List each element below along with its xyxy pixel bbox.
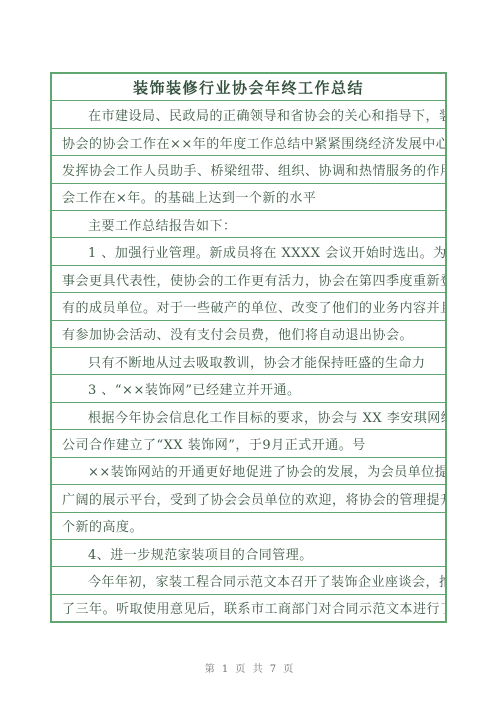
table-row: 1 、加强行业管理。新成员将在 XXXX 会议开始时选出。为了使新的理 [52,238,445,265]
page-footer: 第 1 页 共 7 页 [0,660,500,675]
row-text: 在市建设局、民政局的正确领导和省协会的关心和指导下，装饰行业 [62,105,445,124]
table-row: 公司合作建立了“XX 装饰网”，于9月正式开通。号 [52,430,445,457]
table-row: 有参加协会活动、没有支付会员费，他们将自动退出协会。 [52,321,445,348]
row-text: 发挥协会工作人员助手、桥梁纽带、组织、协调和热情服务的作用，使协 [62,160,445,179]
table-row: 今年年初，家装工程合同示范文本召开了装饰企业座谈会，推广使用 [52,567,445,594]
row-text: 有参加协会活动、没有支付会员费，他们将自动退出协会。 [62,324,413,343]
table-row: 事会更具代表性，使协会的工作更有活力，协会在第四季度重新登记了现 [52,266,445,293]
row-text: 会工作在×年。的基础上达到一个新的水平 [62,187,316,206]
row-text: 了三年。听取使用意见后，联系市工商部门对合同示范文本进行了适当修 [62,598,445,617]
table-row: ××装饰网站的开通更好地促进了协会的发展，为会员单位提供了更 [52,458,445,485]
document-title-row: 装饰装修行业协会年终工作总结 [52,74,445,101]
table-row: 有的成员单位。对于一些破产的单位、改变了他们的业务内容并且长期没 [52,293,445,320]
row-text: 有的成员单位。对于一些破产的单位、改变了他们的业务内容并且长期没 [62,297,445,316]
document-page: 装饰装修行业协会年终工作总结在市建设局、民政局的正确领导和省协会的关心和指导下，… [0,0,500,708]
content-table: 装饰装修行业协会年终工作总结在市建设局、民政局的正确领导和省协会的关心和指导下，… [50,72,447,623]
row-text: ××装饰网站的开通更好地促进了协会的发展，为会员单位提供了更 [62,461,445,480]
table-row: 在市建设局、民政局的正确领导和省协会的关心和指导下，装饰行业 [52,101,445,128]
table-row: 协会的协会工作在××年的年度工作总结中紧紧围绕经济发展中心，充分 [52,129,445,156]
table-row: 广阔的展示平台，受到了协会会员单位的欢迎，将协会的管理提升到了一 [52,485,445,512]
row-text: 今年年初，家装工程合同示范文本召开了装饰企业座谈会，推广使用 [62,571,445,590]
table-row: 根据今年协会信息化工作目标的要求，协会与 XX 李安琪网络技术有限 [52,403,445,430]
row-text: 事会更具代表性，使协会的工作更有活力，协会在第四季度重新登记了现 [62,270,445,289]
row-text: 4、进一步规范家装项目的合同管理。 [62,544,313,563]
row-text: 1 、加强行业管理。新成员将在 XXXX 会议开始时选出。为了使新的理 [62,242,445,261]
table-row: 个新的高度。 [52,513,445,540]
document-title: 装饰装修行业协会年终工作总结 [133,77,364,98]
row-text: 个新的高度。 [62,516,143,535]
table-row: 只有不断地从过去吸取教训，协会才能保持旺盛的生命力 [52,348,445,375]
row-text: 广阔的展示平台，受到了协会会员单位的欢迎，将协会的管理提升到了一 [62,489,445,508]
table-row: 4、进一步规范家装项目的合同管理。 [52,540,445,567]
table-row: 会工作在×年。的基础上达到一个新的水平 [52,184,445,211]
row-text: 公司合作建立了“XX 装饰网”，于9月正式开通。号 [62,434,366,453]
table-row: 了三年。听取使用意见后，联系市工商部门对合同示范文本进行了适当修 [52,595,445,621]
row-text: 3 、“××装饰网”已经建立并开通。 [62,379,300,398]
row-text: 主要工作总结报告如下： [62,215,237,234]
table-row: 3 、“××装饰网”已经建立并开通。 [52,375,445,402]
table-row: 发挥协会工作人员助手、桥梁纽带、组织、协调和热情服务的作用，使协 [52,156,445,183]
row-text: 协会的协会工作在××年的年度工作总结中紧紧围绕经济发展中心，充分 [62,133,445,152]
row-text: 只有不断地从过去吸取教训，协会才能保持旺盛的生命力 [62,352,426,371]
table-row: 主要工作总结报告如下： [52,211,445,238]
row-text: 根据今年协会信息化工作目标的要求，协会与 XX 李安琪网络技术有限 [62,407,445,426]
